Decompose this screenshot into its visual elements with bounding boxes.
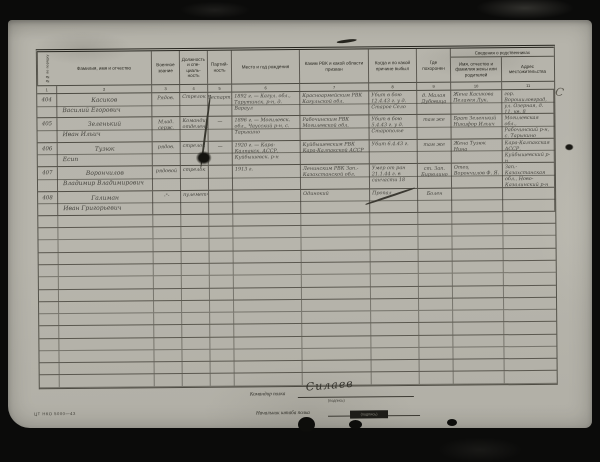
cell-burial: Болен: [418, 188, 452, 212]
empty-cell: [182, 301, 210, 313]
empty-cell: [504, 310, 556, 322]
cell-burial: там же: [418, 139, 452, 163]
empty-cell: [233, 214, 301, 226]
empty-cell: [59, 277, 154, 289]
column-number: 11: [502, 82, 554, 89]
cell-party: —: [209, 141, 233, 165]
cell-drafted-by: Куйбышевским РВК Кара-Калпакской АССР: [301, 140, 370, 164]
empty-cell: [301, 213, 370, 225]
empty-cell: [153, 240, 181, 252]
cell-full-name: ВорончиловВладимир Владимирович: [58, 166, 153, 190]
empty-cell: [503, 236, 555, 248]
commander-signature: Силаев: [305, 377, 354, 394]
cell-party: [209, 190, 233, 214]
chief-of-staff-label: Начальник штаба полка: [256, 410, 310, 416]
empty-cell: [59, 313, 154, 325]
header-col-3: Военное звание: [152, 51, 180, 84]
empty-cell: [181, 239, 209, 251]
empty-cell: [302, 262, 371, 274]
row-number: 404: [39, 95, 54, 104]
empty-cell: [419, 348, 453, 360]
empty-cell: [39, 339, 59, 350]
empty-cell: [182, 252, 210, 264]
cell-row-number: ✓404: [37, 94, 57, 118]
empty-cell: [59, 350, 154, 362]
empty-cell: [234, 275, 302, 287]
empty-cell: [40, 376, 60, 387]
empty-cell: [59, 326, 154, 338]
empty-cell: [234, 288, 302, 300]
empty-cell: [211, 374, 235, 385]
empty-cell: [155, 362, 183, 374]
cell-party: Беспарт.: [208, 93, 232, 117]
cell-row-number: 405: [37, 119, 57, 143]
empty-cell: [210, 288, 234, 299]
empty-cell: [233, 238, 301, 250]
empty-cell: [154, 301, 182, 313]
empty-cell: [371, 348, 419, 360]
column-number: 6: [232, 84, 300, 92]
empty-cell: [210, 325, 234, 336]
empty-cell: [182, 337, 210, 349]
column-number: 5: [208, 85, 232, 92]
empty-cell: [453, 249, 504, 261]
empty-cell: [504, 273, 556, 285]
empty-cell: [39, 314, 59, 325]
empty-cell: [372, 360, 420, 372]
column-number: 9: [417, 83, 451, 90]
empty-cell: [370, 213, 418, 225]
empty-cell: [182, 276, 210, 288]
header-col-9: Где похоронен: [417, 49, 451, 82]
empty-cell: [235, 361, 303, 373]
register-table: №№ по порядкуФамилия, имя и отчествоВоен…: [36, 45, 558, 389]
empty-cell: [210, 300, 234, 311]
commander-label: Командир полка: [250, 391, 286, 397]
header-col-6: Место и год рождения: [232, 50, 300, 84]
surname: Тузюк: [60, 143, 150, 156]
empty-cell: [453, 261, 504, 273]
ink-smudge-top: [337, 38, 357, 44]
ink-blob-bottom-2: [349, 420, 362, 429]
empty-cell: [302, 311, 371, 323]
empty-cell: [452, 224, 503, 236]
empty-cell: [234, 349, 302, 361]
cell-drafted-by: Рабочинским РВК Могилевской обл.: [300, 116, 369, 140]
empty-cell: [504, 334, 556, 346]
empty-cell: [371, 287, 419, 299]
print-form-code: ЦТ НКО 5000—43: [34, 411, 76, 416]
empty-cell: [38, 216, 58, 227]
empty-cell: [59, 264, 154, 276]
cell-row-number: ✓406: [38, 143, 58, 167]
surname: Касиков: [59, 94, 149, 107]
cell-birth: 1920 г. — Кара-Калпакск. АССР, Куйбышевс…: [233, 141, 301, 165]
cell-position: Стрелок: [180, 93, 208, 117]
cell-party: —: [208, 117, 232, 141]
empty-cell: [303, 361, 372, 373]
empty-cell: [210, 264, 234, 275]
empty-cell: [504, 347, 556, 359]
row-number: 406: [40, 144, 55, 153]
empty-cell: [453, 298, 504, 310]
empty-cell: [38, 241, 58, 252]
cell-relative: Жена Касикова Пелагея Лук.: [451, 90, 502, 114]
empty-cell: [504, 249, 556, 261]
empty-cell: [59, 338, 154, 350]
empty-cell: [183, 374, 211, 386]
cell-row-number: 408: [38, 192, 58, 216]
surname: Галиман: [60, 192, 150, 205]
cell-row-number: 407: [38, 167, 58, 191]
chief-signature-caption-box: (подпись): [350, 410, 388, 418]
cell-rank: рядов.: [153, 142, 181, 166]
empty-cell: [505, 371, 557, 383]
empty-cell: [418, 225, 452, 237]
margin-pen-mark: С: [554, 85, 564, 99]
header-col-1: №№ по порядку: [37, 52, 57, 85]
cell-drafted-by: Одинокий: [301, 189, 370, 213]
cell-birth: 1913 г.: [233, 165, 301, 189]
empty-cell: [209, 239, 233, 250]
empty-cell: [419, 286, 453, 298]
empty-cell: [453, 347, 504, 359]
header-col-7: Каким РВК и какой области призван: [300, 49, 369, 83]
ink-blob-bottom-1: [298, 417, 315, 432]
empty-cell: [39, 277, 59, 288]
cell-rank: Млад. серж.: [152, 117, 180, 141]
sheet-content: №№ по порядкуФамилия, имя и отчествоВоен…: [7, 17, 595, 430]
cell-address: Кара-Калпакская АССР, Куйбышевский р-н: [503, 139, 555, 163]
empty-cell: [453, 310, 504, 322]
empty-cell: [419, 249, 453, 261]
empty-cell: [234, 251, 302, 263]
cell-fate: Убит в бою 5.4.43 г. у д. Старополье: [369, 115, 417, 139]
empty-cell: [302, 299, 371, 311]
empty-cell: [181, 227, 209, 239]
empty-cell: [182, 288, 210, 300]
column-number: 3: [152, 85, 180, 92]
cell-fate: Убит в бою 12.4.43 г. у д. Старое Село: [369, 91, 417, 115]
empty-cell: [371, 274, 419, 286]
cell-full-name: ЗеленькийИван Ильич: [57, 118, 152, 142]
empty-cell: [60, 375, 155, 387]
empty-cell: [371, 311, 419, 323]
column-number: 1: [37, 86, 57, 93]
cell-rank: Рядов.: [152, 93, 180, 117]
empty-cell: [39, 265, 59, 276]
cell-birth: 1892 г. — Кагул. обл., Тарутинск. р-н, д…: [232, 92, 300, 116]
empty-cell: [371, 336, 419, 348]
empty-cell: [419, 311, 453, 323]
empty-cell: [503, 224, 555, 236]
column-number: 8: [369, 83, 417, 90]
empty-cell: [302, 250, 371, 262]
empty-cell: [181, 215, 209, 227]
empty-cell: [39, 351, 59, 362]
empty-cell: [505, 359, 557, 371]
empty-cell: [154, 313, 182, 325]
empty-cell: [454, 372, 505, 384]
empty-cell: [234, 337, 302, 349]
empty-cell: [210, 251, 234, 262]
cell-relative: Отец Ворончилов Ф. Я.: [452, 163, 503, 187]
empty-cell: [418, 213, 452, 225]
empty-cell: [154, 276, 182, 288]
cell-relative: Жена Тузюк Нина: [452, 139, 503, 163]
empty-cell: [302, 348, 371, 360]
cell-fate: Убит 6.4.43 г.: [370, 140, 418, 164]
signature-line: [298, 396, 414, 398]
empty-cell: [419, 335, 453, 347]
empty-cell: [504, 298, 556, 310]
empty-cell: [210, 349, 234, 360]
cell-birth: 1896 г. — Могилевск. обл., Чаусский р-н,…: [232, 116, 300, 140]
empty-cell: [38, 228, 58, 239]
header-col-relative: Имя, отчество и фамилия жены или родител…: [451, 57, 502, 81]
empty-cell: [210, 276, 234, 287]
cell-birth: [233, 190, 301, 214]
empty-cell: [58, 227, 153, 239]
cell-burial: д. Малая Дубовица: [417, 91, 451, 115]
empty-cell: [504, 285, 556, 297]
cell-address: Зап.-Казахстанская обл., Ново-Казалински…: [503, 163, 555, 187]
cell-drafted-by: Красноармейским РВК Кагульской обл.: [300, 91, 369, 115]
empty-cell: [210, 337, 234, 348]
cell-address: [503, 187, 555, 211]
given-name: Есип: [60, 155, 150, 163]
header-group-relatives: Сведения о родственникахИмя, отчество и …: [451, 48, 554, 82]
empty-cell: [302, 324, 371, 336]
empty-cell: [504, 322, 556, 334]
given-name: Василий Егорович: [59, 106, 149, 114]
empty-cell: [419, 274, 453, 286]
empty-cell: [153, 215, 181, 227]
empty-cell: [454, 359, 505, 371]
empty-cell: [234, 312, 302, 324]
empty-cell: [182, 313, 210, 325]
empty-cell: [452, 212, 503, 224]
column-number: 4: [180, 85, 208, 92]
row-number: 408: [40, 193, 55, 202]
empty-cell: [301, 238, 370, 250]
column-number: 7: [300, 83, 369, 91]
cell-burial: там же: [417, 115, 451, 139]
cell-full-name: ГалиманИван Григорьевич: [58, 191, 153, 215]
empty-cell: [39, 253, 59, 264]
header-col-address: Адрес местожительства: [502, 57, 553, 81]
empty-cell: [371, 299, 419, 311]
cell-address: гор. Ворошиловград, ул. Озерная, д. 11, …: [502, 90, 554, 114]
cell-rank: -"-: [153, 191, 181, 215]
empty-cell: [154, 325, 182, 337]
empty-cell: [209, 227, 233, 238]
cell-rank: рядовой: [153, 166, 181, 190]
chief-signature-caption: (подпись): [361, 412, 378, 416]
empty-cell: [233, 226, 301, 238]
header-group-subcells: Имя, отчество и фамилия жены или родител…: [451, 57, 554, 82]
empty-cell: [418, 237, 452, 249]
empty-cell: [182, 350, 210, 362]
empty-cell: [154, 350, 182, 362]
empty-cell: [60, 362, 155, 374]
empty-cell: [59, 301, 154, 313]
empty-cell: [59, 289, 154, 301]
empty-cell: [419, 323, 453, 335]
empty-cell: [153, 227, 181, 239]
row-number: 405: [39, 120, 54, 129]
empty-cell: [453, 323, 504, 335]
empty-cell: [301, 226, 370, 238]
document-sheet: №№ по порядкуФамилия, имя и отчествоВоен…: [8, 20, 592, 428]
cell-drafted-by: Ленинским РВК Зап.-Казахстанской обл.: [301, 165, 370, 189]
cell-burial: ст. Зап. Бирюлино: [418, 164, 452, 188]
empty-cell: [371, 262, 419, 274]
empty-cell: [59, 252, 154, 264]
empty-cell: [371, 250, 419, 262]
empty-cell: [182, 325, 210, 337]
empty-cell: [210, 313, 234, 324]
empty-cell: [154, 264, 182, 276]
empty-cell: [453, 274, 504, 286]
cell-fate: Умер от ран 21.1.44 г. в санчасти 18: [370, 164, 418, 188]
cell-position: пулеметчик: [181, 190, 209, 214]
given-name: Иван Ильич: [60, 131, 150, 139]
empty-cell: [39, 290, 59, 301]
empty-cell: [370, 237, 418, 249]
empty-cell: [235, 373, 303, 385]
empty-cell: [370, 225, 418, 237]
empty-cell: [234, 300, 302, 312]
surname: Ворончилов: [60, 167, 150, 180]
row-number: 407: [40, 168, 55, 177]
empty-cell: [453, 286, 504, 298]
empty-cell: [504, 261, 556, 273]
empty-cell: [419, 298, 453, 310]
empty-cell: [40, 363, 60, 374]
empty-cell: [154, 289, 182, 301]
header-col-4: Должность и спе- циаль- ность: [180, 51, 208, 84]
empty-cell: [503, 212, 555, 224]
empty-cell: [302, 275, 371, 287]
signature-caption: (подпись): [328, 399, 345, 403]
empty-cell: [302, 287, 371, 299]
empty-cell: [182, 264, 210, 276]
cell-full-name: КасиковВасилий Егорович: [57, 93, 152, 117]
empty-cell: [58, 240, 153, 252]
cell-relative: [452, 188, 503, 212]
empty-cell: [372, 372, 420, 384]
cell-relative: Брат Зеленький Никифор Ильич: [451, 115, 502, 139]
empty-cell: [183, 362, 211, 374]
header-col-5: Партий- ность: [208, 51, 232, 84]
empty-cell: [39, 302, 59, 313]
cell-party: [209, 166, 233, 190]
empty-cell: [452, 237, 503, 249]
empty-cell: [211, 362, 235, 373]
table-header: №№ по порядкуФамилия, имя и отчествоВоен…: [37, 48, 554, 87]
empty-cell: [155, 374, 183, 386]
cell-full-name: ТузюкЕсип: [58, 142, 153, 166]
given-name: Иван Григорьевич: [60, 204, 150, 212]
empty-cell: [302, 336, 371, 348]
column-number: 10: [451, 82, 502, 89]
empty-cell: [154, 252, 182, 264]
empty-cell: [39, 326, 59, 337]
empty-cell: [58, 215, 153, 227]
empty-cell: [154, 338, 182, 350]
empty-cell: [209, 215, 233, 226]
empty-cell: [420, 360, 454, 372]
given-name: Владимир Владимирович: [60, 179, 150, 187]
empty-cell: [234, 263, 302, 275]
header-col-2: Фамилия, имя и отчество: [57, 51, 152, 85]
column-number: 2: [57, 85, 152, 93]
header-col-8: Когда и по какой причине выбыл: [369, 49, 417, 82]
cell-position: стрелок: [181, 166, 209, 190]
empty-cell: [371, 323, 419, 335]
empty-cell: [234, 324, 302, 336]
ink-blob-bottom-3: [447, 419, 457, 426]
surname: Зеленький: [59, 119, 149, 132]
empty-cell: [420, 372, 454, 384]
empty-cell: [419, 262, 453, 274]
cell-address: Могилевская обл., Рабочинский р-н, с. Та…: [502, 114, 554, 138]
ink-blot-small: [565, 144, 574, 151]
empty-cell: [453, 335, 504, 347]
